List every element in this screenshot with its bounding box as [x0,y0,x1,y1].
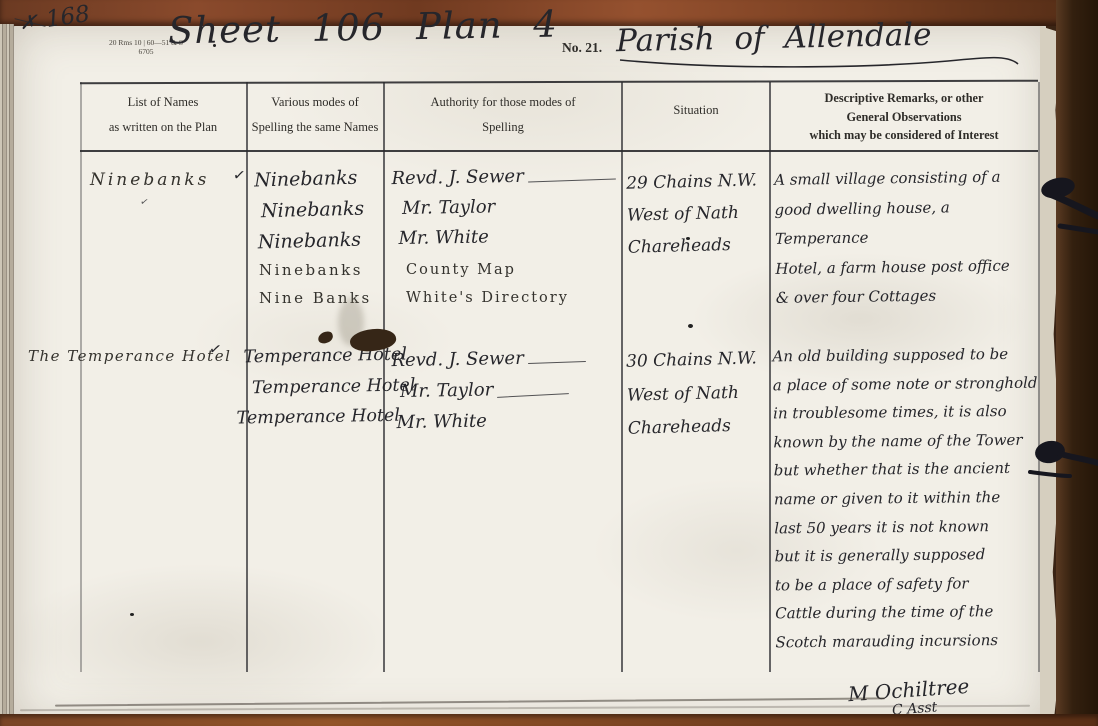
authority-entry: Mr. Taylor [400,374,525,407]
situation-line: Chareheads [627,228,759,263]
remarks-line: to be a place of safety for [775,568,1045,599]
book-binding-bottom-edge [0,714,1098,726]
spelling-entry: Ninebanks [261,194,365,228]
form-number: No. 21. [562,40,602,56]
row1-spellings-cursive: Ninebanks Ninebanks Ninebanks [254,163,366,259]
column-header-line: as written on the Plan [82,115,244,140]
column-header-line: Various modes of [249,90,381,115]
spelling-entry: Ninebanks [257,225,365,259]
situation-line: West of Nath [627,376,759,413]
remarks-line: good dwelling house, a Temperance [774,192,1043,255]
remarks-line: name or given to it within the [774,483,1044,514]
ink-speck [688,324,693,328]
column-header-line: List of Names [82,90,244,115]
situation-line: West of Nath [627,196,759,231]
row1-name: Ninebanks [90,170,209,190]
remarks-line: known by the name of the Tower [773,425,1043,456]
row1-authorities-print: County Map White's Directory [406,256,569,312]
book-binding-right-edge [1056,0,1098,726]
authority-entry: White's Directory [406,284,569,312]
remarks-line: Scotch marauding incursions [775,626,1045,657]
situation-line: Chareheads [627,409,759,446]
column-header-line: General Observations [772,108,1036,127]
authority-entry: Mr. Taylor [402,192,525,224]
row2-remarks: An old building supposed to be a place o… [772,340,1045,657]
remarks-line: in troublesome times, it is also [773,397,1043,428]
situation-line: 29 Chains N.W. [626,164,758,199]
column-header-authority: Authority for those modes of Spelling [387,90,619,140]
column-header-line: Authority for those modes of [387,90,619,115]
remarks-line: Cattle during the time of the [775,597,1045,628]
column-header-line: Spelling the same Names [249,115,381,140]
table-rule-col4 [769,82,771,672]
situation-line: 30 Chains N.W. [626,342,758,379]
row1-authorities-cursive: Revd. J. Sewer Mr. Taylor Mr. White [391,162,525,254]
row2-spellings-cursive: Temperance Hotel Temperance Hotel Temper… [235,339,416,434]
row1-remarks: A small village consisting of a good dwe… [774,162,1044,313]
authority-entry: Revd. J. Sewer [391,162,524,194]
row2-situation: 30 Chains N.W. West of Nath Chareheads [626,342,759,446]
remarks-line: last 50 years it is not known [774,511,1044,542]
remarks-line: An old building supposed to be [772,340,1042,371]
parish-title-underline-flourish [618,52,1022,72]
remarks-line: but it is generally supposed [774,540,1044,571]
remarks-line: A small village consisting of a [774,162,1042,195]
remarks-line: Hotel, a farm house post office [775,251,1043,284]
spelling-entry: Ninebanks [259,256,372,284]
column-header-line: Spelling [387,115,619,140]
column-header-spelling: Various modes of Spelling the same Names [249,90,381,140]
row1-situation: 29 Chains N.W. West of Nath Chareheads [626,164,759,263]
ink-speck [130,613,134,616]
ink-speck [686,237,690,240]
table-rule-header-bottom [80,150,1038,152]
authority-entry: County Map [406,256,569,284]
page-stack-left-edge [0,24,14,726]
spelling-entry: Ninebanks [254,163,364,197]
authority-entry: Mr. White [398,222,525,254]
binding-thread [1030,172,1098,247]
column-header-situation: Situation [625,103,767,118]
authority-entry: Mr. White [396,405,525,438]
spelling-entry: Temperance Hotel [236,400,416,434]
column-header-remarks: Descriptive Remarks, or other General Ob… [772,89,1036,145]
row2-name: The Temperance Hotel [28,347,231,365]
ink-speck [213,44,216,47]
scanned-name-book-page: ✗ 168 20 Rms 10 | 60—51 & S 6705 Sheet 1… [0,0,1098,726]
remarks-line: but whether that is the ancient [774,454,1044,485]
column-header-line: Descriptive Remarks, or other [772,89,1036,108]
sheet-plan-title: Sheet 106 Plan 4 [168,3,559,53]
row2-authorities-cursive: Revd. J. Sewer Mr. Taylor Mr. White [391,343,525,438]
table-rule-left [80,82,82,672]
authority-entry: Revd. J. Sewer [391,343,524,376]
remarks-line: a place of some note or stronghold [773,368,1043,399]
check-mark: ✓ [232,165,247,185]
binding-thread [1008,432,1098,480]
remarks-line: & over four Cottages [776,280,1044,313]
column-header-line: which may be considered of Interest [772,126,1036,145]
column-header-names: List of Names as written on the Plan [82,90,244,140]
table-rule-col3 [621,82,623,672]
